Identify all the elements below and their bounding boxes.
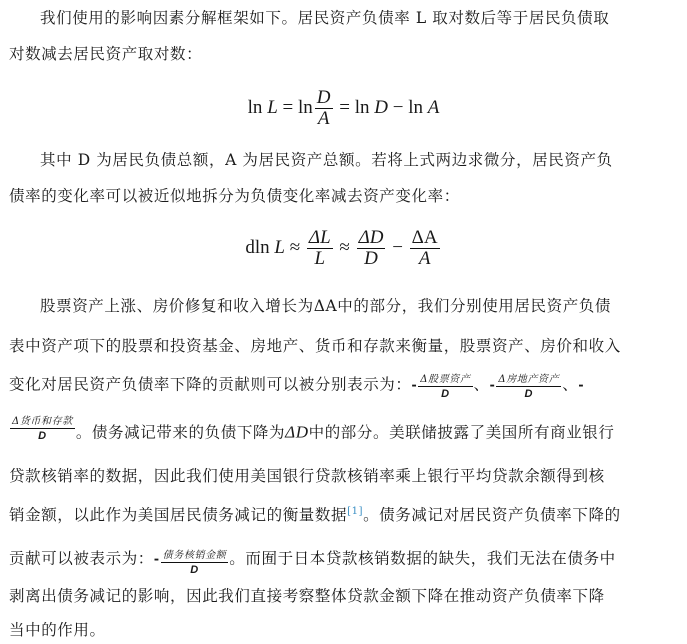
eq1-frac-denominator: A: [315, 109, 333, 129]
eq2-frac3-numerator: ΔA: [410, 228, 440, 249]
text-segment: 贡献可以被表示为：: [9, 550, 154, 568]
paragraph-1-line-1: 我们使用的影响因素分解框架如下。居民资产负债率 L 取对数后等于居民负债取: [40, 8, 680, 28]
fraction-property-numerator: Δ房地产资产: [496, 374, 561, 387]
fraction-writeoff: 债务核销金额D: [161, 550, 229, 577]
paragraph-2-line-2: 债率的变化率可以被近似地拆分为负债变化率减去资产变化率：: [9, 186, 679, 206]
paragraph-3-line-7: 贡献可以被表示为：-债务核销金额D。而囿于日本贷款核销数据的缺失，我们无法在债务…: [9, 546, 679, 573]
eq2-var-L: L: [274, 237, 285, 258]
contribution-intro-text: 变化对居民资产负债率下降的贡献则可以被分别表示为：: [9, 376, 412, 394]
text-segment: 中的部分。美联储披露了美国所有商业银行: [309, 424, 615, 442]
eq1-equals-ln-2: = ln: [335, 97, 375, 118]
fraction-stock-assets: Δ股票资产D: [418, 374, 472, 401]
eq2-dln: dln: [245, 237, 274, 258]
negative-sign: -: [154, 551, 160, 568]
text-segment: 。而囿于日本贷款核销数据的缺失，我们无法在债务中: [229, 550, 615, 568]
paragraph-3-line-8: 剥离出债务减记的影响，因此我们直接考察整体贷款金额下降在推动资产负债率下降: [9, 586, 679, 606]
text-segment: 。债务减记带来的负债下降为: [76, 424, 285, 442]
text-segment: 。债务减记对居民资产负债率下降的: [363, 506, 621, 524]
negative-sign: -: [412, 377, 418, 394]
paragraph-2-line-1: 其中 D 为居民负债总额，A 为居民资产总额。若将上式两边求微分，居民资产负: [40, 150, 680, 170]
eq1-var-D: D: [374, 97, 388, 118]
fraction-property-assets: Δ房地产资产D: [496, 374, 561, 401]
text-segment: 销金额，以此作为美国居民债务减记的衡量数据: [9, 506, 347, 524]
paragraph-1-line-2: 对数减去居民资产取对数：: [9, 44, 679, 64]
fraction-writeoff-numerator: 债务核销金额: [161, 550, 229, 563]
eq1-fraction: DA: [315, 88, 333, 129]
equation-log-ratio: ln L = lnDA = ln D − ln A: [0, 88, 687, 129]
eq2-frac1-numerator: ΔL: [307, 228, 333, 249]
paragraph-3-line-9: 当中的作用。: [9, 620, 679, 640]
math-delta-d: ΔD: [285, 423, 308, 442]
fraction-deposits-numerator: Δ货币和存款: [10, 416, 75, 429]
paragraph-3-line-3: 变化对居民资产负债率下降的贡献则可以被分别表示为：-Δ股票资产D、-Δ房地产资产…: [9, 372, 679, 399]
eq2-frac2-denominator: D: [357, 249, 386, 269]
footnote-link-1[interactable]: [1]: [347, 506, 363, 517]
eq2-fraction-3: ΔAA: [410, 228, 440, 269]
eq2-frac1-denominator: L: [307, 249, 333, 269]
eq2-approx-2: ≈: [335, 237, 355, 258]
negative-sign: -: [578, 377, 584, 394]
eq1-var-L: L: [267, 97, 278, 118]
fraction-stock-denominator: D: [418, 387, 472, 401]
fraction-deposits: Δ货币和存款D: [10, 416, 75, 443]
fraction-writeoff-denominator: D: [161, 563, 229, 577]
eq2-frac2-numerator: ΔD: [357, 228, 386, 249]
separator: 、: [562, 376, 578, 394]
paragraph-3-line-4: Δ货币和存款D。债务减记带来的负债下降为ΔD中的部分。美联储披露了美国所有商业银…: [9, 420, 679, 447]
paragraph-3-line-5: 贷款核销率的数据，因此我们使用美国银行贷款核销率乘上银行平均贷款余额得到核: [9, 466, 679, 486]
eq2-fraction-2: ΔDD: [357, 228, 386, 269]
eq1-frac-numerator: D: [315, 88, 333, 109]
fraction-property-denominator: D: [496, 387, 561, 401]
paragraph-3-line-1: 股票资产上涨、房价修复和收入增长为ΔA中的部分，我们分别使用居民资产负债: [40, 296, 680, 316]
fraction-stock-numerator: Δ股票资产: [418, 374, 472, 387]
eq1-equals-ln: = ln: [278, 97, 313, 118]
eq2-minus: −: [387, 237, 407, 258]
equation-differential: dln L ≈ ΔLL ≈ ΔDD − ΔAA: [0, 228, 687, 269]
eq2-approx-1: ≈: [285, 237, 305, 258]
negative-sign: -: [490, 377, 496, 394]
paragraph-3-line-2: 表中资产项下的股票和投资基金、房地产、货币和存款来衡量，股票资产、房价和收入: [9, 336, 679, 356]
eq1-var-A: A: [428, 97, 440, 118]
separator: 、: [474, 376, 490, 394]
paragraph-3-line-6: 销金额，以此作为美国居民债务减记的衡量数据[1]。债务减记对居民资产负债率下降的: [9, 502, 679, 525]
eq1-ln: ln: [248, 97, 263, 118]
eq1-minus-ln: − ln: [388, 97, 428, 118]
eq2-frac3-denominator: A: [410, 249, 440, 269]
fraction-deposits-denominator: D: [10, 429, 75, 443]
eq2-fraction-1: ΔLL: [307, 228, 333, 269]
